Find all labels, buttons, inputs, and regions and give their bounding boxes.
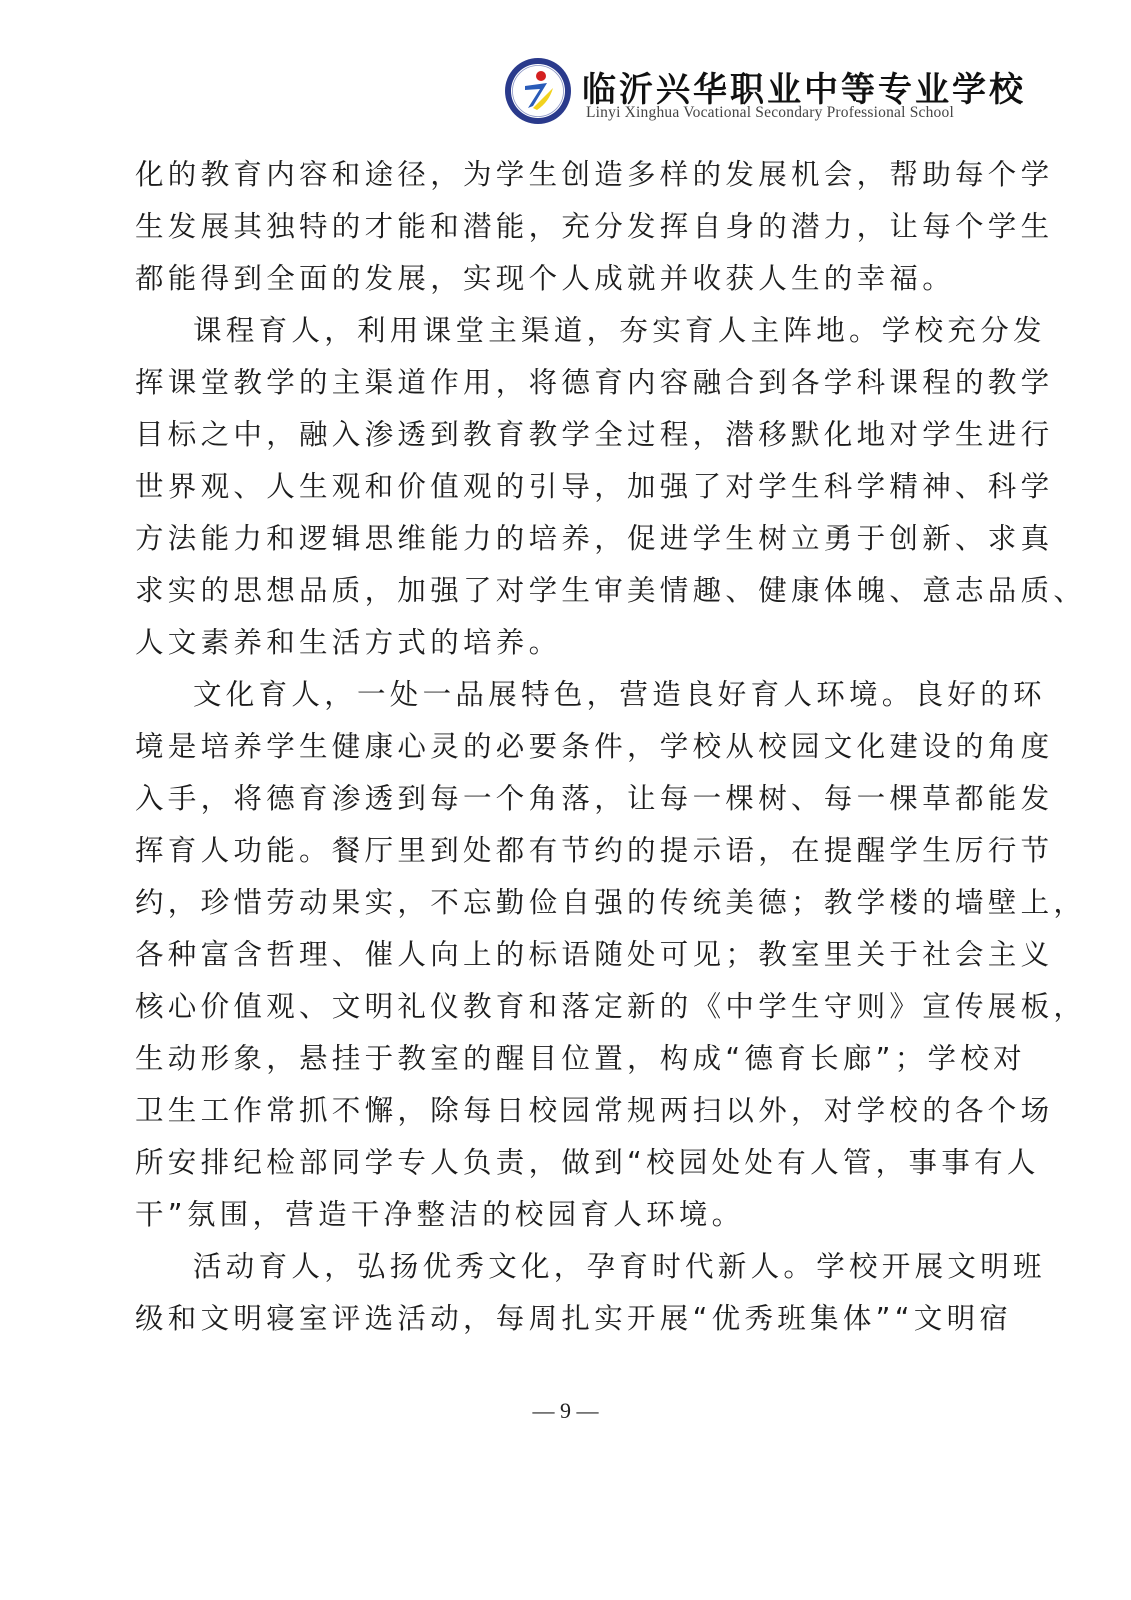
- text-line: 干”氛围，营造干净整洁的校园育人环境。: [135, 1195, 744, 1235]
- paragraph-start-line: 活动育人，弘扬优秀文化，孕育时代新人。学校开展文明班: [193, 1247, 1046, 1287]
- school-name-english: Linyi Xinghua Vocational Secondary Profe…: [586, 104, 954, 122]
- text-line: 求实的思想品质，加强了对学生审美情趣、健康体魄、意志品质、: [135, 571, 1086, 611]
- text-line: 挥课堂教学的主渠道作用，将德育内容融合到各学科课程的教学: [135, 363, 1053, 403]
- text-line: 核心价值观、文明礼仪教育和落定新的《中学生守则》宣传展板，: [135, 987, 1086, 1027]
- text-line: 级和文明寝室评选活动，每周扎实开展“优秀班集体”“文明宿: [135, 1299, 1012, 1339]
- text-line: 方法能力和逻辑思维能力的培养，促进学生树立勇于创新、求真: [135, 519, 1053, 559]
- text-line: 各种富含哲理、催人向上的标语随处可见；教室里关于社会主义: [135, 935, 1053, 975]
- text-line: 目标之中，融入渗透到教育教学全过程，潜移默化地对学生进行: [135, 415, 1053, 455]
- text-line: 生动形象，悬挂于教室的醒目位置，构成“德育长廊”；学校对: [135, 1039, 1026, 1079]
- school-emblem-icon: [503, 56, 573, 126]
- text-line: 人文素养和生活方式的培养。: [135, 623, 561, 663]
- text-line: 境是培养学生健康心灵的必要条件，学校从校园文化建设的角度: [135, 727, 1053, 767]
- text-line: 所安排纪检部同学专人负责，做到“校园处处有人管，事事有人: [135, 1143, 1040, 1183]
- paragraph-start-line: 课程育人，利用课堂主渠道，夯实育人主阵地。学校充分发: [193, 311, 1046, 351]
- text-line: 约，珍惜劳动果实，不忘勤俭自强的传统美德；教学楼的墙壁上，: [135, 883, 1086, 923]
- text-line: 入手，将德育渗透到每一个角落，让每一棵树、每一棵草都能发: [135, 779, 1053, 819]
- document-header: 临沂兴华职业中等专业学校 Linyi Xinghua Vocational Se…: [500, 52, 1040, 132]
- text-line: 都能得到全面的发展，实现个人成就并收获人生的幸福。: [135, 259, 955, 299]
- text-line: 生发展其独特的才能和潜能，充分发挥自身的潜力，让每个学生: [135, 207, 1053, 247]
- paragraph-start-line: 文化育人，一处一品展特色，营造良好育人环境。良好的环: [193, 675, 1046, 715]
- page-number: — 9 —: [0, 1398, 1131, 1424]
- text-line: 卫生工作常抓不懈，除每日校园常规两扫以外，对学校的各个场: [135, 1091, 1053, 1131]
- text-line: 世界观、人生观和价值观的引导，加强了对学生科学精神、科学: [135, 467, 1053, 507]
- text-line: 挥育人功能。餐厅里到处都有节约的提示语，在提醒学生厉行节: [135, 831, 1053, 871]
- text-line: 化的教育内容和途径，为学生创造多样的发展机会，帮助每个学: [135, 155, 1053, 195]
